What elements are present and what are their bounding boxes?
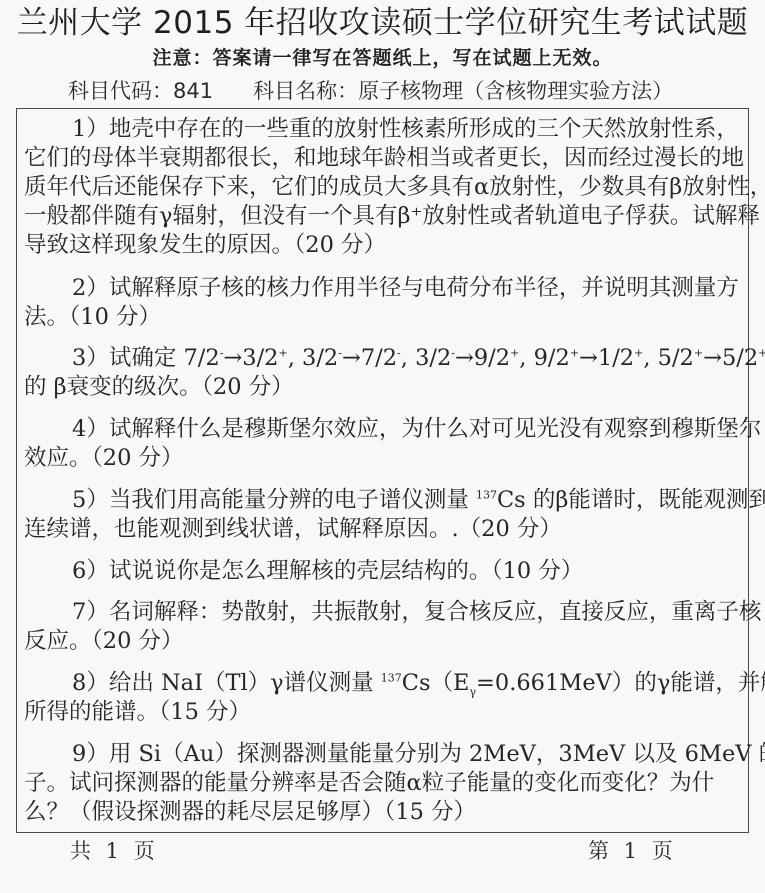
- question-line: 4）试解释什么是穆斯堡尔效应，为什么对可见光没有观察到穆斯堡尔: [24, 415, 746, 444]
- spin-transition: 7/2-→3/2+: [183, 345, 287, 371]
- question-line: 连续谱，也能观测到线状谱，试解释原因。.（20 分）: [24, 515, 746, 544]
- question-line: 它们的母体半衰期都很长，和地球年龄相当或者更长，因而经过漫长的地: [24, 144, 746, 173]
- question-prefix: 3）试确定: [72, 345, 183, 371]
- question-2: 2）试解释原子核的核力作用半径与电荷分布半径，并说明其测量方 法。（10 分）: [24, 274, 746, 332]
- question-line: 7）名词解释：势散射，共振散射，复合核反应，直接反应，重离子核: [24, 598, 746, 627]
- subject-code-label: 科目代码：: [68, 79, 173, 103]
- subject-name-label: 科目名称：: [253, 79, 358, 103]
- spin-transition: 3/2-→7/2-: [302, 345, 401, 371]
- question-1: 1）地壳中存在的一些重的放射性核素所形成的三个天然放射性系， 它们的母体半衰期都…: [24, 115, 746, 260]
- spin-transition: 3/2-→9/2+: [415, 345, 519, 371]
- question-line: 质年代后还能保存下来，它们的成员大多具有α放射性，少数具有β放射性，: [24, 173, 746, 202]
- isotope-symbol: Cs: [402, 670, 431, 696]
- question-line: 2）试解释原子核的核力作用半径与电荷分布半径，并说明其测量方: [24, 274, 746, 303]
- question-4: 4）试解释什么是穆斯堡尔效应，为什么对可见光没有观察到穆斯堡尔 效应。（20 分…: [24, 415, 746, 473]
- isotope-mass-number: 137: [381, 672, 402, 685]
- subject-code: 841: [173, 79, 213, 103]
- question-line: 8）给出 NaI（Tl）γ谱仪测量 137Cs（Eγ=0.661MeV）的γ能谱…: [24, 669, 746, 698]
- subject-name: 原子核物理（含核物理实验方法）: [358, 79, 673, 103]
- question-5: 5）当我们用高能量分辨的电子谱仪测量 137Cs 的β能谱时，既能观测到 连续谱…: [24, 486, 746, 544]
- isotope-mass-number: 137: [476, 489, 497, 502]
- question-line: 5）当我们用高能量分辨的电子谱仪测量 137Cs 的β能谱时，既能观测到: [24, 486, 746, 515]
- question-8: 8）给出 NaI（Tl）γ谱仪测量 137Cs（Eγ=0.661MeV）的γ能谱…: [24, 669, 746, 727]
- question-line: 所得的能谱。（15 分）: [24, 698, 746, 727]
- question-line: 6）试说说你是怎么理解核的壳层结构的。（10 分）: [24, 557, 746, 586]
- question-line: 法。（10 分）: [24, 303, 746, 332]
- exam-title: 兰州大学 2015 年招收攻读硕士学位研究生考试试题: [0, 4, 765, 42]
- spin-transition: 5/2+→5/2+: [658, 345, 765, 371]
- question-line: 9）用 Si（Au）探测器测量能量分别为 2MeV，3MeV 以及 6MeV 的…: [24, 740, 746, 769]
- question-line: 反应。（20 分）: [24, 627, 746, 656]
- question-3: 3）试确定 7/2-→3/2+, 3/2-→7/2-, 3/2-→9/2+, 9…: [24, 344, 746, 402]
- question-7: 7）名词解释：势散射，共振散射，复合核反应，直接反应，重离子核 反应。（20 分…: [24, 598, 746, 656]
- isotope-symbol: Cs: [497, 487, 526, 513]
- spin-transition: 9/2+→1/2+: [534, 345, 644, 371]
- exam-notice: 注意：答案请一律写在答题纸上，写在试题上无效。: [0, 45, 765, 71]
- question-line: 么？（假设探测器的耗尽层足够厚）（15 分）: [24, 798, 746, 827]
- question-line: 1）地壳中存在的一些重的放射性核素所形成的三个天然放射性系，: [24, 115, 746, 144]
- question-line: 3）试确定 7/2-→3/2+, 3/2-→7/2-, 3/2-→9/2+, 9…: [24, 344, 746, 373]
- current-page: 第 1 页: [588, 838, 673, 864]
- question-line: 效应。（20 分）: [24, 444, 746, 473]
- question-line: 一般都伴随有γ辐射，但没有一个具有β⁺放射性或者轨道电子俘获。试解释: [24, 202, 746, 231]
- subject-info: 科目代码：841科目名称：原子核物理（含核物理实验方法）: [68, 77, 748, 105]
- question-9: 9）用 Si（Au）探测器测量能量分别为 2MeV，3MeV 以及 6MeV 的…: [24, 740, 746, 827]
- question-6: 6）试说说你是怎么理解核的壳层结构的。（10 分）: [24, 557, 746, 586]
- question-line: 子。试问探测器的能量分辨率是否会随α粒子能量的变化而变化？为什: [24, 769, 746, 798]
- total-pages: 共 1 页: [70, 838, 155, 864]
- question-line: 导致这样现象发生的原因。（20 分）: [24, 231, 746, 260]
- question-line: 的 β衰变的级次。（20 分）: [24, 373, 746, 402]
- exam-page: 兰州大学 2015 年招收攻读硕士学位研究生考试试题 注意：答案请一律写在答题纸…: [0, 0, 765, 893]
